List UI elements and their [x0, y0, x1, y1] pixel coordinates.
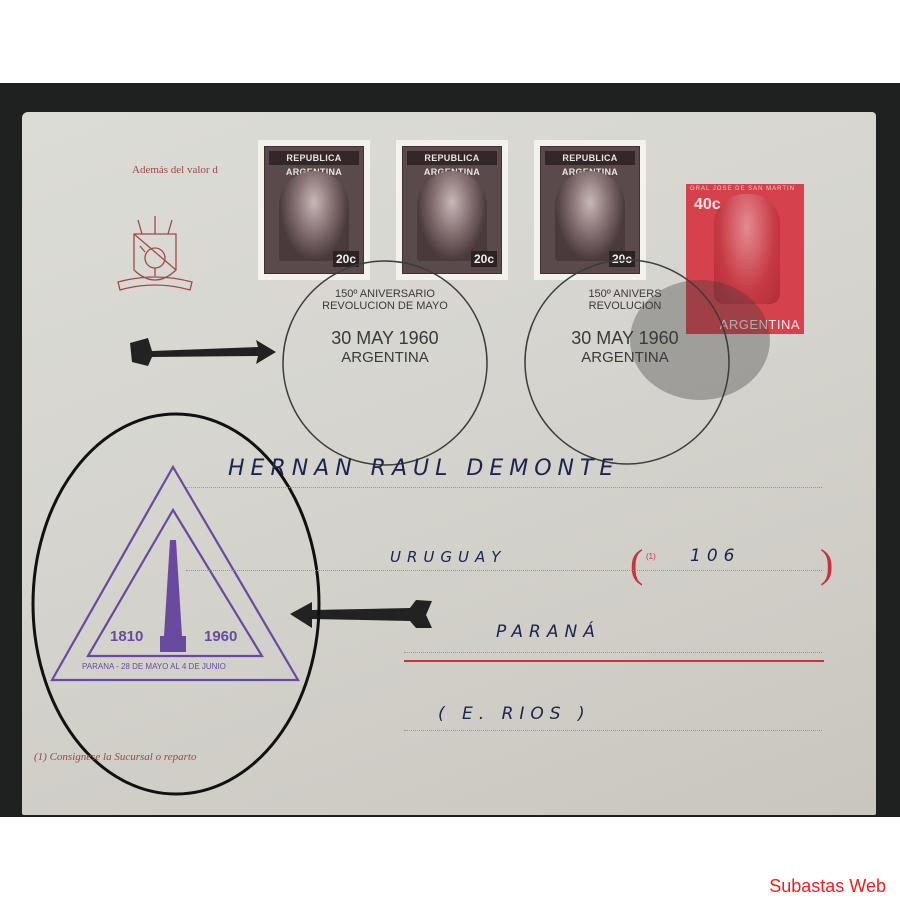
- cachet-year-left: 1810: [110, 628, 143, 645]
- address-line-4: [404, 730, 822, 731]
- postmark-circles: [0, 0, 900, 900]
- address-line-2: [186, 570, 822, 571]
- address-city: PARANÁ: [496, 622, 601, 642]
- paren-close: ): [820, 540, 833, 587]
- paren-open: (: [630, 540, 643, 587]
- arrow-left-icon: [290, 600, 432, 628]
- address-line-1: [186, 487, 822, 488]
- address-number: 106: [690, 546, 740, 566]
- printed-footnote: (1) Consignese la Sucursal o reparto: [34, 751, 196, 763]
- postmark-1: 150º ANIVERSARIO REVOLUCION DE MAYO 30 M…: [300, 288, 470, 366]
- address-name: HERNAN RAUL DEMONTE: [228, 456, 619, 481]
- cachet-year-right: 1960: [204, 628, 237, 645]
- arrow-right-icon: [130, 338, 276, 366]
- cachet-bottom-text: PARANA - 28 DE MAYO AL 4 DE JUNIO: [82, 662, 226, 671]
- address-line-3: [404, 652, 822, 653]
- red-underline: [404, 660, 824, 662]
- address-province: ( E. RIOS ): [438, 704, 591, 724]
- footnote-mark: (1): [646, 552, 656, 561]
- postmark-2: 150º ANIVERS REVOLUCION 30 MAY 1960 ARGE…: [540, 288, 710, 366]
- address-street: URUGUAY: [390, 548, 506, 566]
- watermark: Subastas Web: [769, 876, 886, 897]
